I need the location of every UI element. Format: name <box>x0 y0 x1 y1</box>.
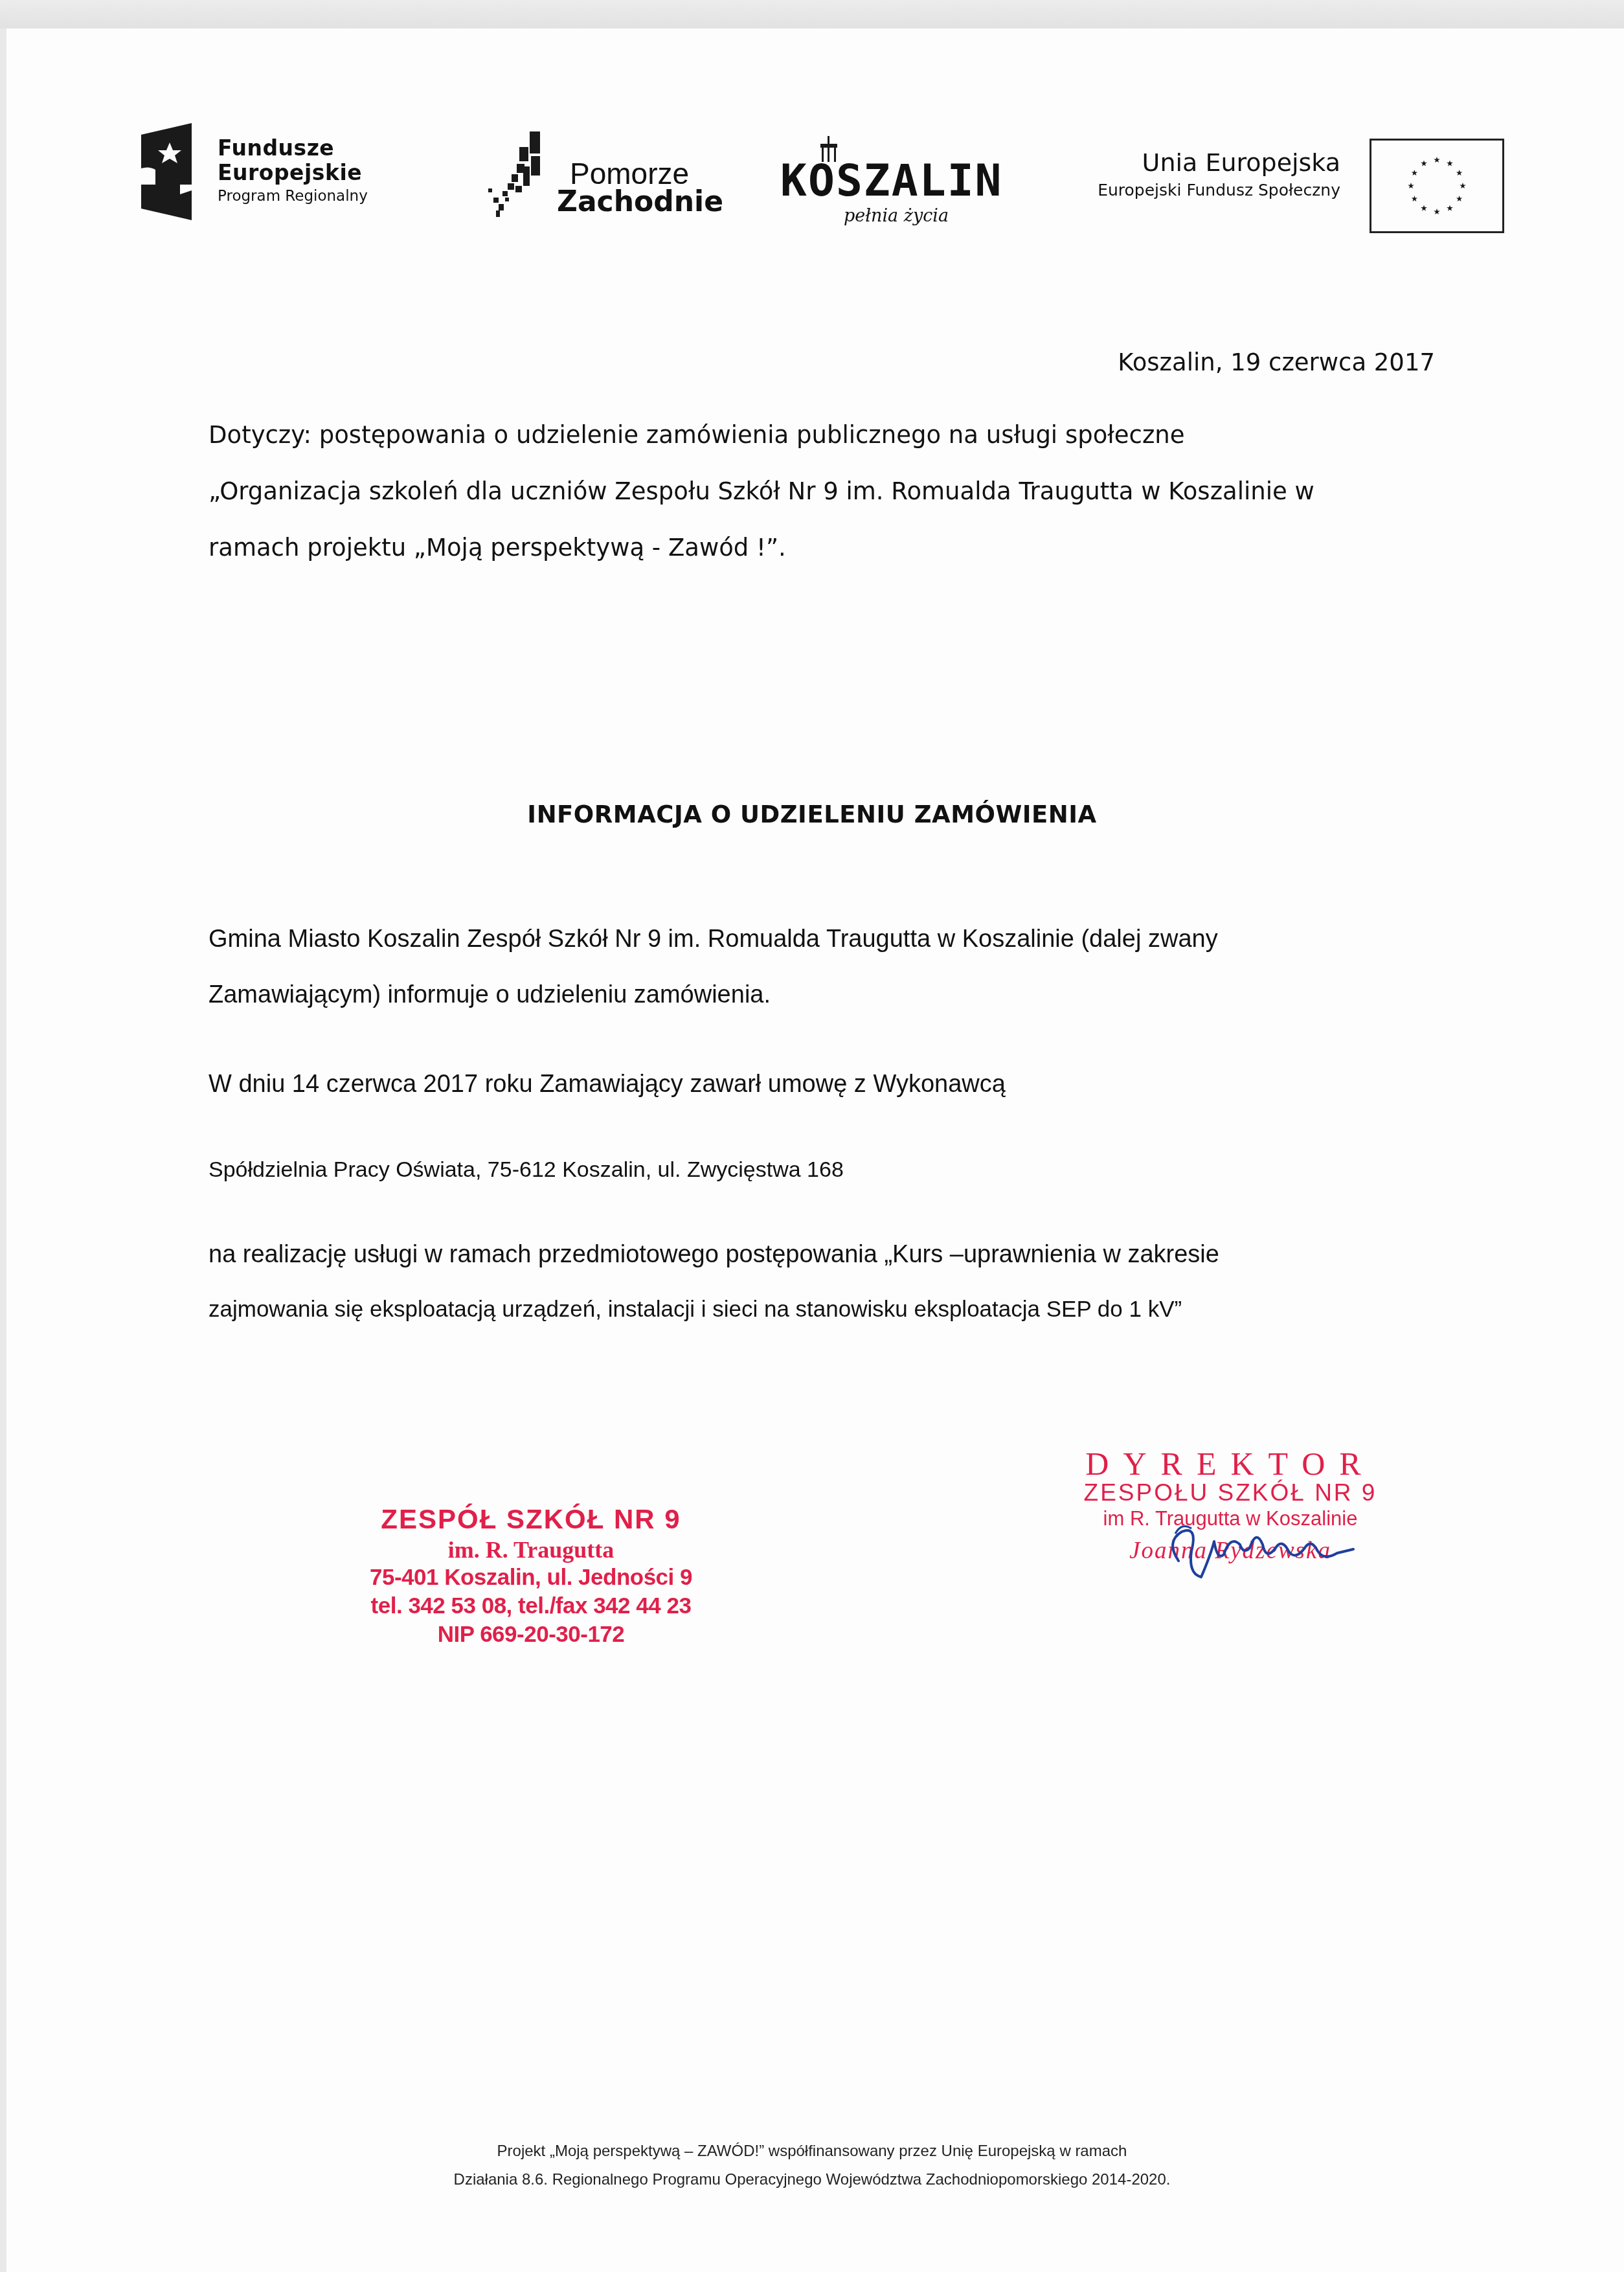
place-date: Koszalin, 19 czerwca 2017 <box>1118 348 1435 377</box>
subject-line-1: Dotyczy: postępowania o udzielenie zamów… <box>209 421 1185 449</box>
scan-edge <box>0 0 1624 28</box>
body-para2: W dniu 14 czerwca 2017 roku Zamawiający … <box>209 1070 1006 1098</box>
eu-flag-icon <box>1370 139 1504 233</box>
footer-line-1: Projekt „Moją perspektywą – ZAWÓD!” wspó… <box>0 2137 1624 2166</box>
director-stamp-line1: DYREKTOR <box>1036 1448 1425 1480</box>
body-para1-line1: Gmina Miasto Koszalin Zespół Szkół Nr 9 … <box>209 925 1218 953</box>
director-stamp-line2: ZESPOŁU SZKÓŁ NR 9 <box>1036 1480 1425 1506</box>
logo-fe-line1: Fundusze <box>218 136 368 161</box>
school-stamp-line5: NIP 669-20-30-172 <box>304 1620 758 1649</box>
school-stamp-line3: 75-401 Koszalin, ul. Jedności 9 <box>304 1563 758 1592</box>
pomorze-zachodnie-logo-icon <box>479 126 550 217</box>
logo-fe-line3: Program Regionalny <box>218 185 368 207</box>
school-stamp: ZESPÓŁ SZKÓŁ NR 9 im. R. Traugutta 75-40… <box>304 1503 758 1649</box>
subject-line-3: ramach projektu „Moją perspektywą - Zawó… <box>209 534 786 562</box>
body-para3-line2: zajmowania się eksploatacją urządzeń, in… <box>209 1295 1182 1324</box>
footer-line-2: Działania 8.6. Regionalnego Programu Ope… <box>0 2166 1624 2194</box>
body-para3-line1: na realizację usługi w ramach przedmioto… <box>209 1240 1219 1269</box>
school-stamp-line4: tel. 342 53 08, tel./fax 342 44 23 <box>304 1592 758 1620</box>
school-stamp-line2: im. R. Traugutta <box>304 1536 758 1563</box>
logo-fe-line2: Europejskie <box>218 161 368 185</box>
logo-pz-line2: Zachodnie <box>557 186 723 218</box>
body-para1-line2: Zamawiającym) informuje o udzieleniu zam… <box>209 981 771 1009</box>
subject-line-2: „Organizacja szkoleń dla uczniów Zespołu… <box>209 477 1314 506</box>
signature-icon <box>1153 1516 1360 1587</box>
logo-koszalin-tagline: pełnia życia <box>844 206 949 226</box>
logo-ue-line1: Unia Europejska <box>1062 148 1340 177</box>
logo-unia-europejska: Unia Europejska Europejski Fundusz Społe… <box>1062 148 1340 203</box>
contractor: Spółdzielnia Pracy Oświata, 75-612 Kosza… <box>209 1155 844 1184</box>
logo-ue-line2: Europejski Fundusz Społeczny <box>1062 177 1340 203</box>
logo-koszalin-word: KOSZALIN <box>780 155 1003 207</box>
logo-koszalin: KOSZALIN pełnia życia <box>780 136 1007 233</box>
fundusze-europejskie-logo-icon <box>141 123 192 220</box>
document-title: INFORMACJA O UDZIELENIU ZAMÓWIENIA <box>0 801 1624 829</box>
school-stamp-line1: ZESPÓŁ SZKÓŁ NR 9 <box>304 1503 758 1536</box>
